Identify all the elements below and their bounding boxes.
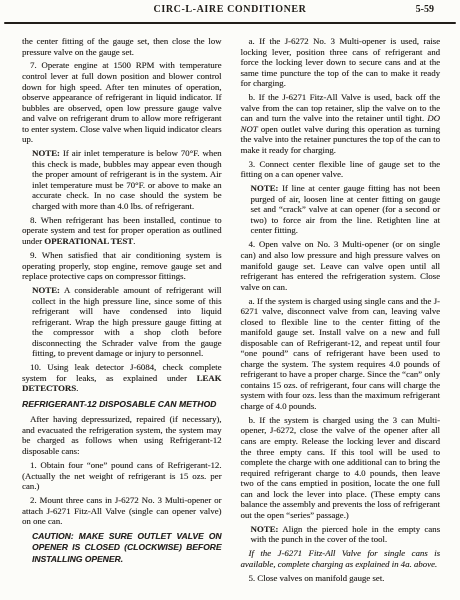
step-8-bold-ref: OPERATIONAL TEST [44,236,133,246]
note-air-inlet-temp: NOTE: If air inlet temperature is below … [32,148,222,211]
left-column: the center fitting of the gauge set, the… [22,36,222,587]
step-10-text: 10. Using leak detector J-6084, check co… [22,362,222,383]
right-column: a. If the J-6272 No. 3 Multi-opener is u… [241,36,441,587]
paragraph-sub-4b: b. If the system is charged using the 3 … [241,415,441,520]
paragraph-step-5: 5. Close valves on manifold gauge set. [241,573,441,584]
paragraph-step-1: 1. Obtain four “one” pound cans of Refri… [22,460,222,492]
paragraph-sub-b: b. If the J-6271 Fitz-All Valve is used,… [241,92,441,155]
paragraph-step-7: 7. Operate engine at 1500 RPM with tempe… [22,60,222,144]
two-column-body: the center fitting of the gauge set, the… [0,24,460,587]
paragraph-step-2: 2. Mount three cans in J-6272 No. 3 Mult… [22,495,222,527]
paragraph-step-4: 4. Open valve on No. 3 Multi-opener (or … [241,239,441,292]
note-refrigerant-collect: NOTE: A considerable amount of refrigera… [32,285,222,359]
manual-page: CIRC-L-AIRE CONDITIONER 5-59 the center … [0,0,460,600]
paragraph-sub-4a: a. If the system is charged using single… [241,296,441,412]
note-label: NOTE: [251,524,279,534]
step-8-period: . [133,236,135,246]
paragraph-step-8: 8. When refrigerant has been installed, … [22,215,222,247]
paragraph-single-can-alternative: If the J-6271 Fitz-All Valve for single … [241,548,441,569]
note-purge-line: NOTE: If line at center gauge fitting ha… [251,183,441,236]
note-align-hole: NOTE: Align the pierced hole in the empt… [251,524,441,545]
sub-b-text: b. If the J-6271 Fitz-All Valve is used,… [241,92,441,123]
page-title: CIRC-L-AIRE CONDITIONER [0,4,460,15]
note-label: NOTE: [32,148,60,158]
paragraph-continuation: the center fitting of the gauge set, the… [22,36,222,57]
paragraph-step-9: 9. When satisfied that air conditioning … [22,250,222,282]
note-text: Align the pierced hole in the empty cans… [251,524,441,545]
paragraph-step-3: 3. Connect center flexible line of gauge… [241,159,441,180]
note-text: If air inlet temperature is below 70°F. … [32,148,222,211]
step-10-period: . [76,383,78,393]
caution-outlet-valve: CAUTION: MAKE SURE OUTLET VALVE ON OPENE… [32,531,222,566]
paragraph-step-10: 10. Using leak detector J-6084, check co… [22,362,222,394]
running-header: CIRC-L-AIRE CONDITIONER 5-59 [0,0,460,21]
page-number: 5-59 [416,4,434,15]
paragraph-section-intro: After having depressurized, repaired (if… [22,414,222,456]
section-heading-disposable-can-method: REFRIGERANT-12 DISPOSABLE CAN METHOD [22,399,222,410]
note-label: NOTE: [32,285,60,295]
note-text: If line at center gauge fitting has not … [251,183,441,235]
note-text: A considerable amount of refrigerant wil… [32,285,222,358]
note-label: NOTE: [251,183,279,193]
paragraph-sub-a: a. If the J-6272 No. 3 Multi-opener is u… [241,36,441,89]
sub-b-text-after: open outlet valve during this operation … [241,124,441,155]
